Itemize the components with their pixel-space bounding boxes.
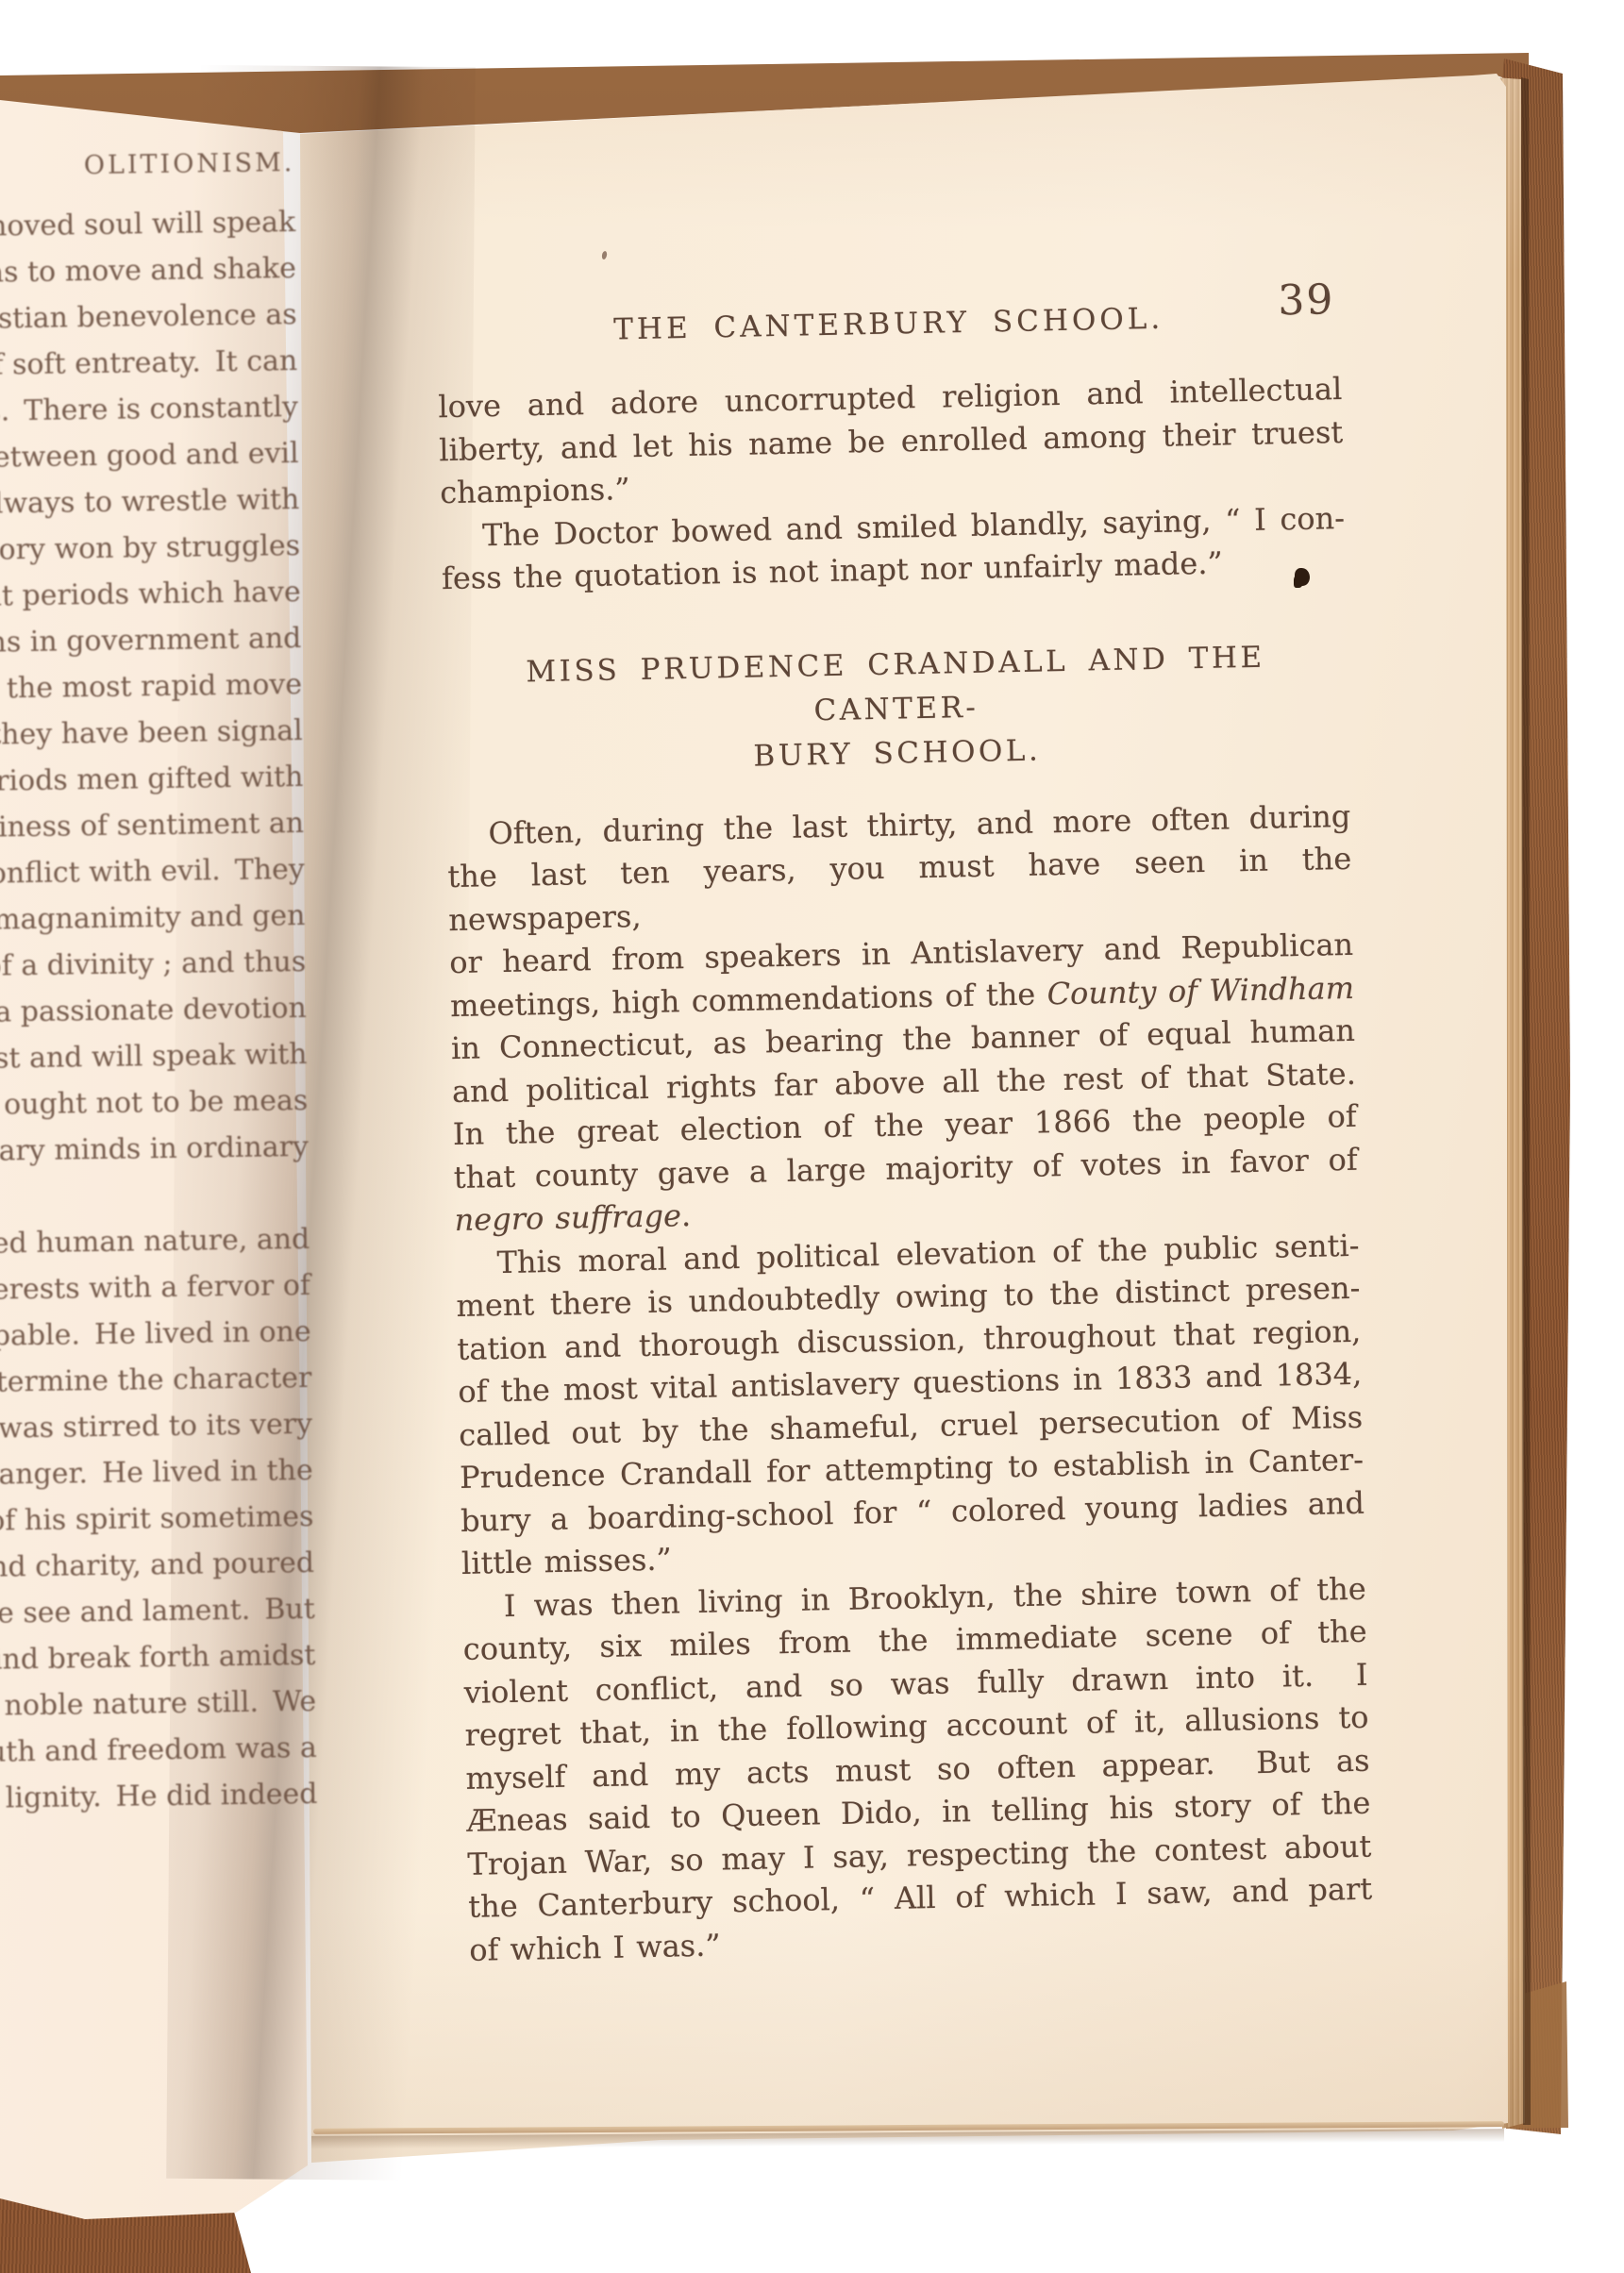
- left-page-text-line: e has always to wrestle with: [5, 476, 300, 526]
- paragraph: Often, during the last thirty, and more …: [446, 794, 1359, 1242]
- left-page-text-line: k so as to move and shake: [2, 245, 297, 295]
- left-page-text-line: at of soft entreaty. It can: [3, 338, 298, 388]
- left-page-text-line: we see and lament. But: [20, 1586, 315, 1636]
- left-page-text-line: wn magnanimity and gen: [10, 893, 306, 943]
- left-page-text-line: capable. He lived in one: [16, 1309, 311, 1359]
- left-page-text-line: oved human nature, and: [15, 1216, 310, 1266]
- ink-speck: [1295, 568, 1310, 586]
- book-photo: OLITIONISM. eply moved soul will speakk …: [0, 0, 1624, 2273]
- left-page-text-line: late the most rapid move: [8, 661, 303, 711]
- left-page-text-line: was stirred to its very: [18, 1401, 313, 1451]
- left-page-text-line: r of his spirit sometimes: [19, 1494, 314, 1544]
- paragraph: love and adore uncorrupted religion and …: [438, 368, 1345, 515]
- left-page-text-line: mind break forth amidst: [21, 1632, 316, 1682]
- page-body-text: love and adore uncorrupted religion and …: [438, 368, 1374, 1972]
- paragraph: The Doctor bowed and smiled blandly, say…: [441, 496, 1347, 600]
- left-page-text-line: ake Christian benevolence as: [2, 292, 297, 342]
- left-page-text-line: tones. There is constantly: [4, 384, 299, 434]
- left-page-text-line: lict between good and evil: [4, 430, 299, 480]
- paragraph: I was then living in Brooklyn, the shire…: [461, 1567, 1373, 1972]
- left-page-text-line: anger. He lived in the: [18, 1447, 313, 1497]
- left-page-text-line: loftiness of sentiment an: [9, 800, 305, 850]
- left-page-text-line: lignity. He did indeed: [23, 1771, 318, 1821]
- left-page-text-line: interests with a fervor of: [16, 1262, 311, 1312]
- left-page-text-line: uth and freedom was a: [22, 1725, 317, 1775]
- left-page-text-line: nary minds in ordinary: [14, 1124, 310, 1174]
- left-page-text-line: y ought not to be meas: [13, 1078, 309, 1128]
- left-page-text-line: determine the character: [17, 1355, 312, 1405]
- left-page-text-line: utions in government and: [7, 615, 302, 665]
- left-page-running-head: OLITIONISM.: [0, 140, 295, 190]
- left-page-text-line: eply moved soul will speak: [1, 199, 296, 249]
- left-page-text-line: ith a passionate devotion: [12, 985, 308, 1035]
- left-page-text-line: periods men gifted with: [8, 754, 304, 804]
- section-heading: MISS PRUDENCE CRANDALL AND THE CANTER-BU…: [444, 633, 1350, 784]
- page-number: 39: [1278, 279, 1335, 322]
- left-page-text-line: [14, 1170, 310, 1220]
- left-page-text-line: a noble nature still. We: [22, 1679, 317, 1729]
- left-page-text-line: a victory won by struggles: [6, 523, 301, 573]
- left-page-text-line: e great periods which have: [6, 569, 301, 619]
- left-page-text-line: of a divinity ; and thus: [11, 939, 307, 989]
- right-page-text: THE CANTERBURY SCHOOL. 39 love and adore…: [436, 285, 1373, 1972]
- left-page-text-line: and charity, and poured: [20, 1540, 315, 1590]
- left-page-text-line: conflict with evil. They: [9, 846, 305, 896]
- paragraph: This moral and political elevation of th…: [455, 1224, 1365, 1585]
- left-page-text-line: at they have been signal: [8, 708, 303, 758]
- left-page-text: OLITIONISM. eply moved soul will speakk …: [0, 140, 318, 1821]
- running-head: THE CANTERBURY SCHOOL.: [436, 296, 1341, 352]
- left-page-text-column: eply moved soul will speakk so as to mov…: [1, 199, 318, 1821]
- left-page-text-line: ust and will speak with: [12, 1031, 308, 1081]
